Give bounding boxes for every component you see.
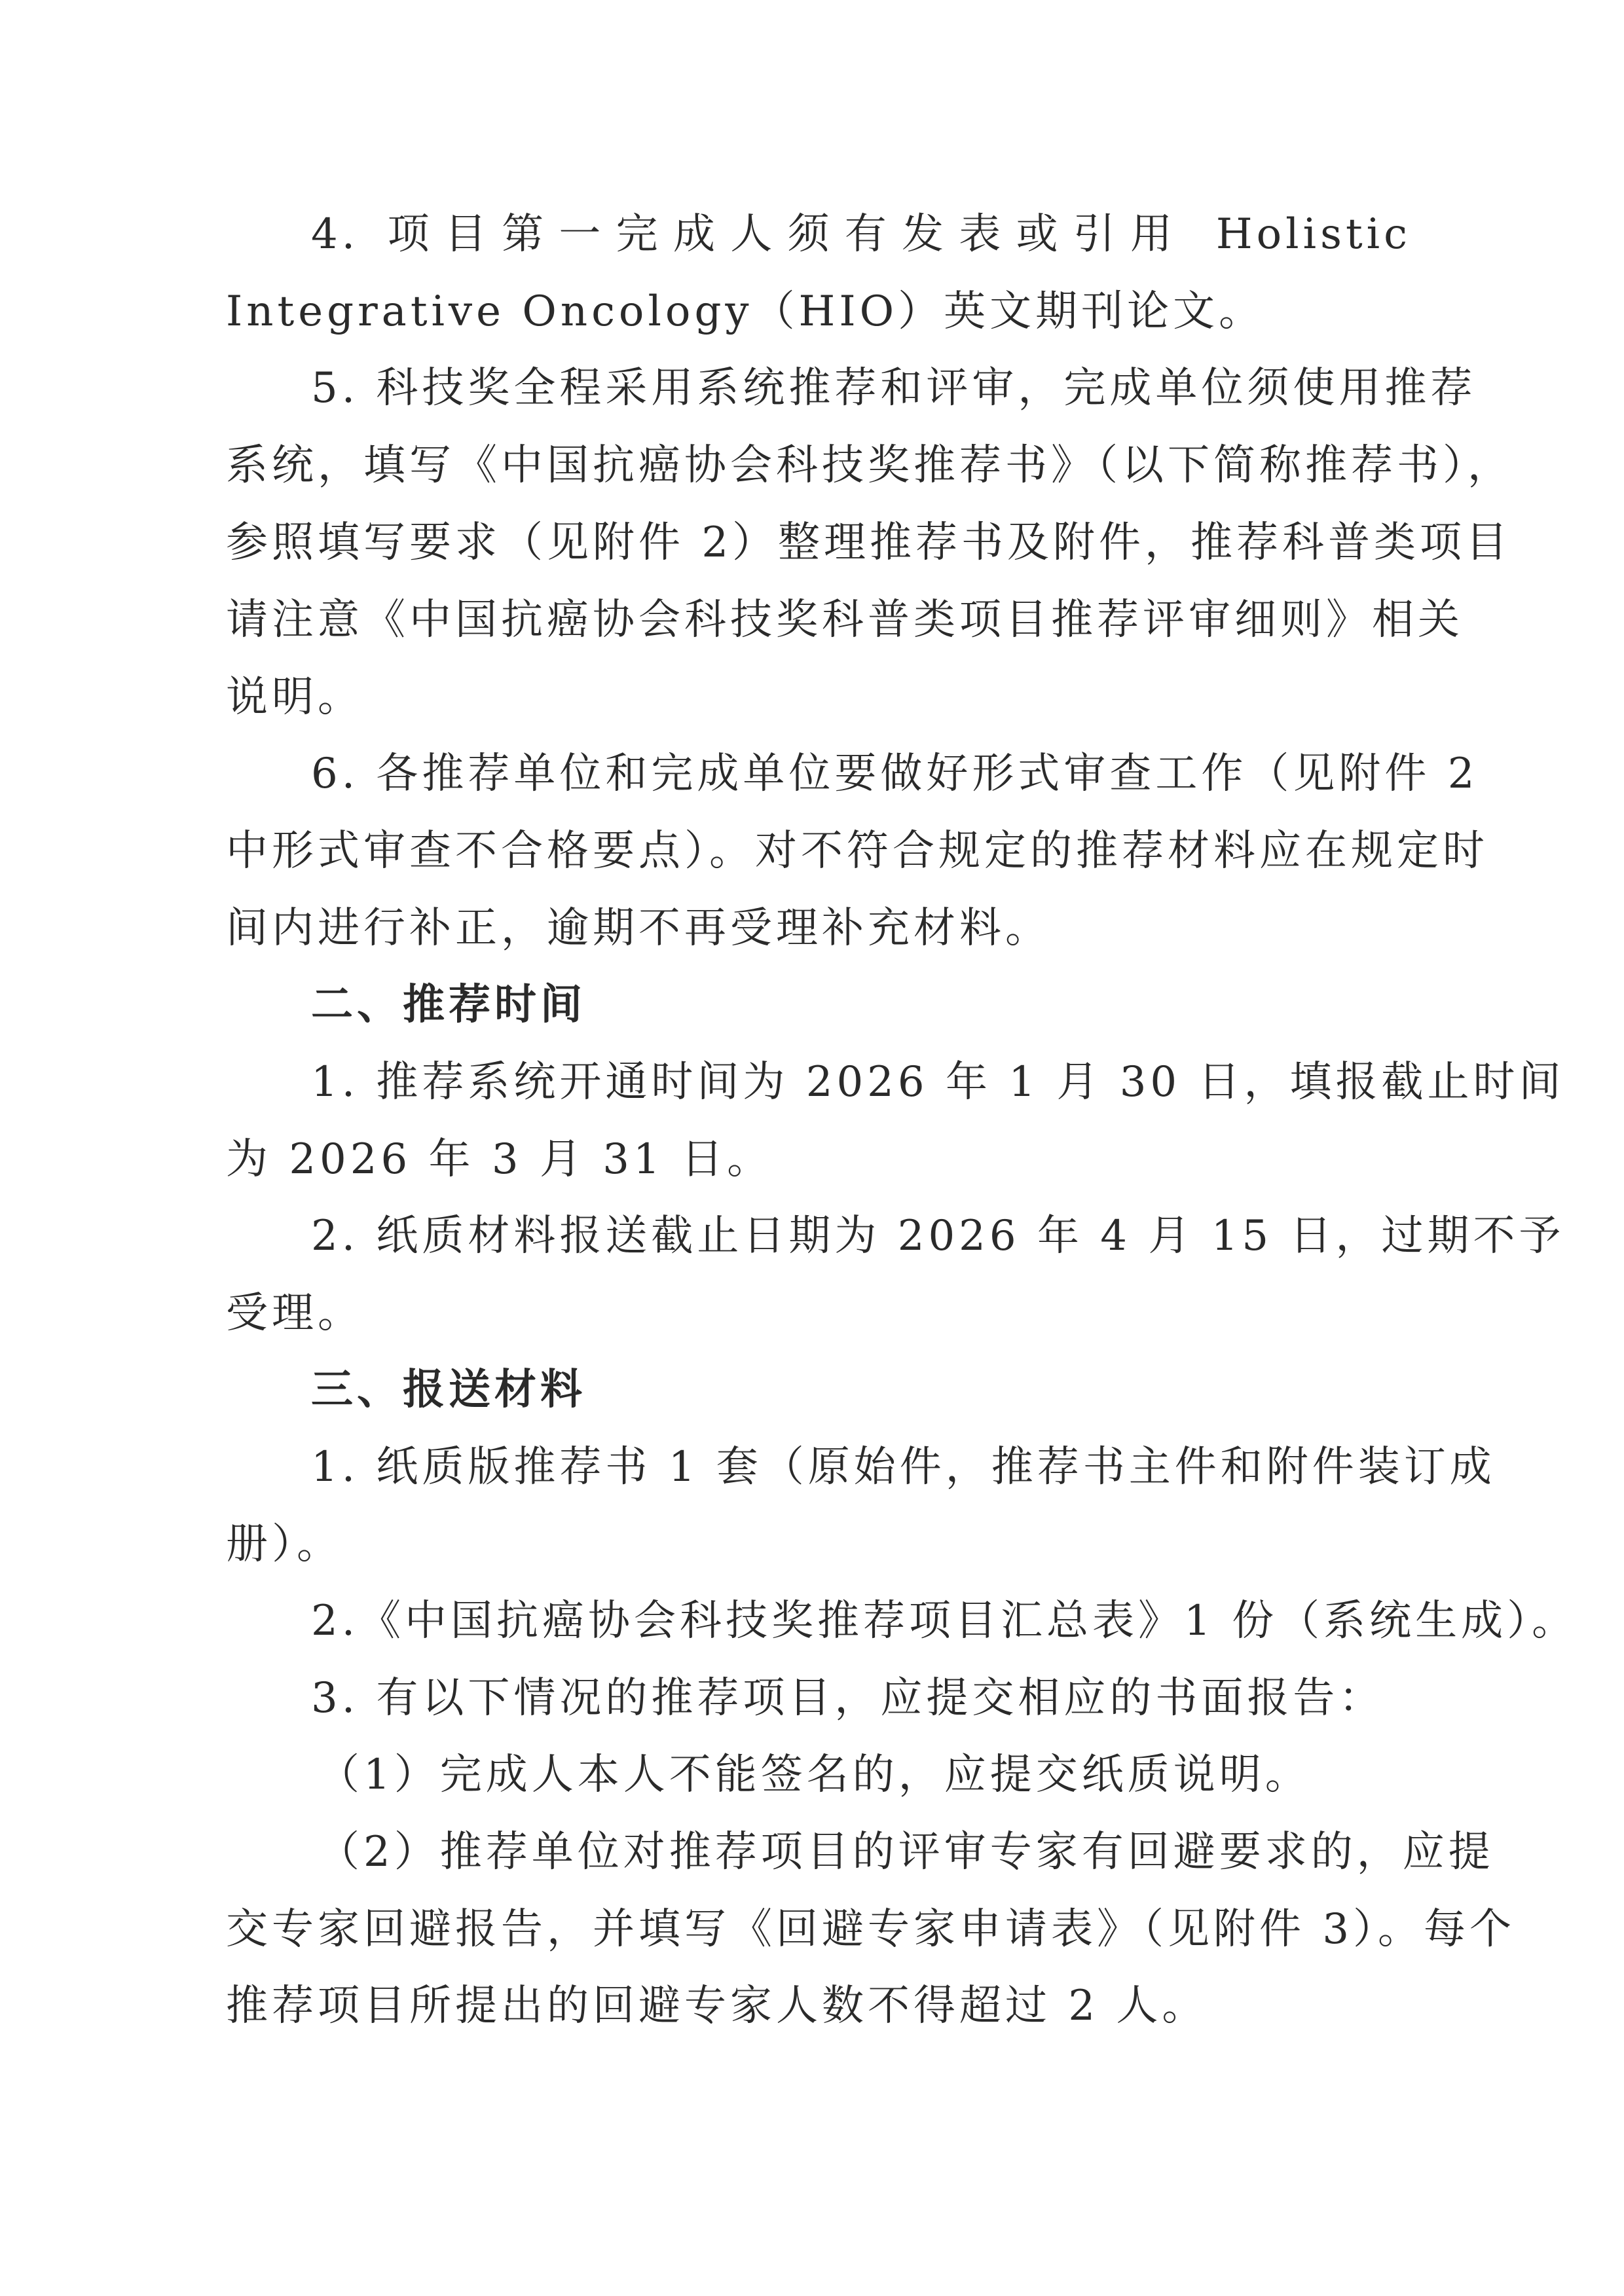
item4-line2: Integrative Oncology（HIO）英文期刊论文。 bbox=[226, 285, 1411, 338]
item4-line1: 4. 项目第一完成人须有发表或引用 Holistic bbox=[311, 208, 1411, 261]
section2-item1-line2: 为 2026 年 3 月 31 日。 bbox=[226, 1133, 1411, 1186]
section3-item2-line1: 2.《中国抗癌协会科技奖推荐项目汇总表》1 份（系统生成）。 bbox=[311, 1595, 1411, 1647]
item6-line3: 间内进行补正，逾期不再受理补充材料。 bbox=[226, 902, 1411, 955]
section3-heading: 三、报送材料 bbox=[311, 1364, 1411, 1416]
section2-item2-line1: 2. 纸质材料报送截止日期为 2026 年 4 月 15 日，过期不予 bbox=[311, 1210, 1411, 1262]
item6-line1: 6. 各推荐单位和完成单位要做好形式审查工作（见附件 2 bbox=[311, 748, 1411, 800]
section3-item1-line2: 册）。 bbox=[226, 1518, 1411, 1571]
item5-line4: 请注意《中国抗癌协会科技奖科普类项目推荐评审细则》相关 bbox=[226, 594, 1411, 646]
section2-item1-line1: 1. 推荐系统开通时间为 2026 年 1 月 30 日，填报截止时间 bbox=[311, 1056, 1411, 1108]
item5-line5: 说明。 bbox=[226, 671, 1411, 723]
section3-sub1-line1: （1）完成人本人不能签名的，应提交纸质说明。 bbox=[318, 1749, 1411, 1801]
item5-line3: 参照填写要求（见附件 2）整理推荐书及附件，推荐科普类项目 bbox=[226, 517, 1411, 569]
section3-sub2-line2: 交专家回避报告，并填写《回避专家申请表》（见附件 3）。每个 bbox=[226, 1903, 1411, 1956]
section2-item2-line2: 受理。 bbox=[226, 1287, 1411, 1339]
section3-item3-line1: 3. 有以下情况的推荐项目，应提交相应的书面报告： bbox=[311, 1672, 1411, 1724]
item5-line1: 5. 科技奖全程采用系统推荐和评审，完成单位须使用推荐 bbox=[311, 362, 1411, 414]
section2-heading: 二、推荐时间 bbox=[311, 979, 1411, 1031]
item5-line2: 系统，填写《中国抗癌协会科技奖推荐书》（以下简称推荐书）， bbox=[226, 439, 1411, 492]
section3-item1-line1: 1. 纸质版推荐书 1 套（原始件，推荐书主件和附件装订成 bbox=[311, 1441, 1411, 1493]
section3-sub2-line3: 推荐项目所提出的回避专家人数不得超过 2 人。 bbox=[226, 1980, 1411, 2032]
item6-line2: 中形式审查不合格要点）。对不符合规定的推荐材料应在规定时 bbox=[226, 825, 1411, 877]
document-page: 4. 项目第一完成人须有发表或引用 Holistic Integrative O… bbox=[0, 0, 1624, 2296]
section3-sub2-line1: （2）推荐单位对推荐项目的评审专家有回避要求的，应提 bbox=[318, 1826, 1411, 1878]
